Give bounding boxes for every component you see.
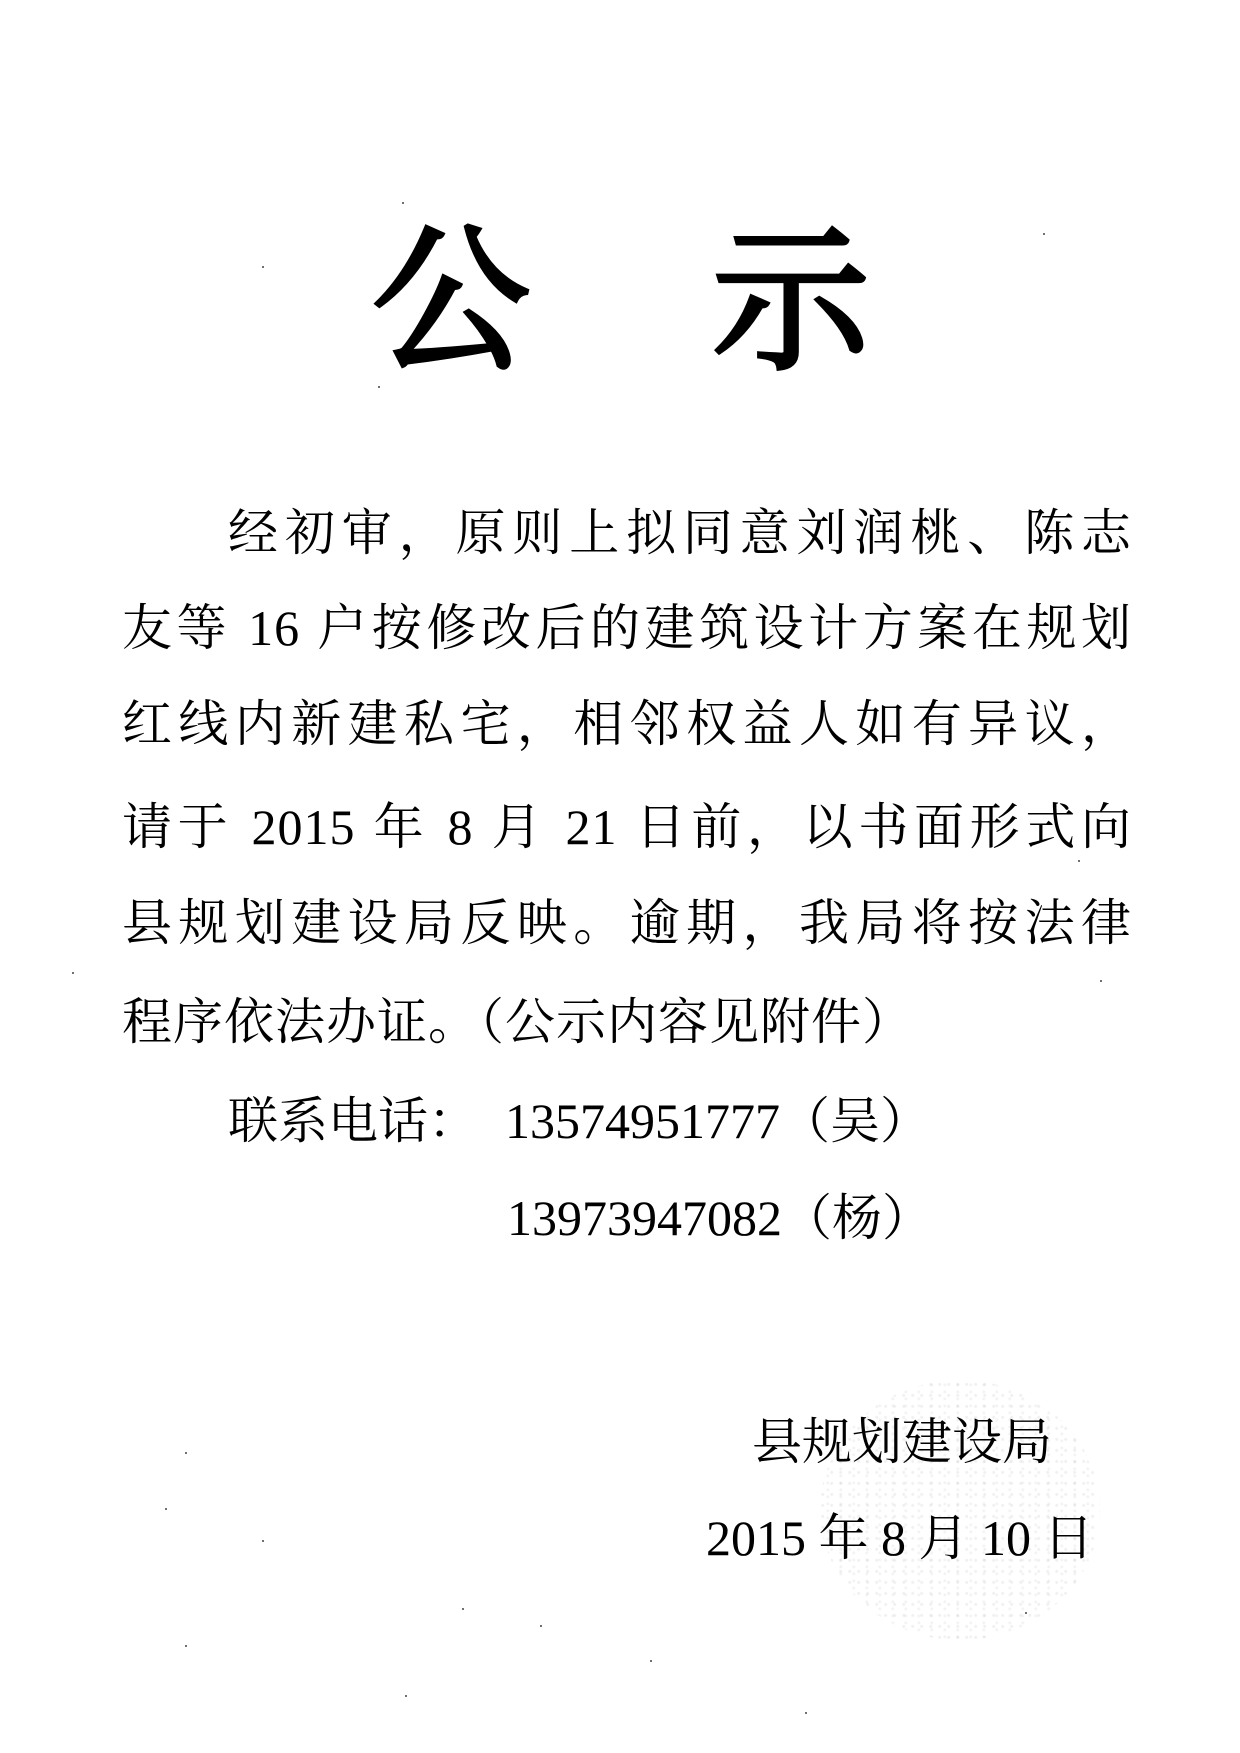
- scan-speck: [650, 1660, 652, 1662]
- body-line-3: 红线内新建私宅，相邻权益人如有异议，: [122, 694, 1132, 754]
- scan-speck: [1025, 1612, 1027, 1614]
- body-line-1: 经初审，原则上拟同意刘润桃、陈志: [228, 503, 1132, 563]
- scan-speck: [462, 1608, 464, 1610]
- scan-speck: [185, 1452, 187, 1454]
- scan-speck: [402, 202, 404, 204]
- scan-speck: [405, 1695, 407, 1697]
- signature-organization: 县规划建设局: [752, 1412, 1052, 1472]
- notice-title-char-2: 示: [712, 222, 870, 382]
- scan-speck: [540, 1625, 542, 1627]
- body-line-2: 友等 16 户按修改后的建筑设计方案在规划: [122, 598, 1132, 658]
- scan-speck: [1078, 860, 1080, 862]
- scan-speck: [378, 386, 380, 388]
- contact-phone-1: 13574951777: [505, 1093, 780, 1149]
- contact-name-2: （杨）: [782, 1190, 932, 1246]
- scan-speck: [262, 266, 264, 268]
- scan-speck: [1100, 980, 1102, 982]
- notice-title-char-1: 公: [372, 222, 530, 382]
- contact-row-1: 联系电话：13574951777（吴）: [228, 1091, 930, 1151]
- body-line-4: 请于 2015 年 8 月 21 日前，以书面形式向: [122, 797, 1132, 857]
- scan-speck: [72, 972, 74, 974]
- body-line-5: 县规划建设局反映。逾期，我局将按法律: [122, 893, 1132, 953]
- contact-row-2: 13973947082（杨）: [507, 1188, 932, 1248]
- signature-date: 2015 年 8 月 10 日: [706, 1508, 1094, 1568]
- scan-speck: [165, 1508, 167, 1510]
- contact-phone-2: 13973947082: [507, 1190, 782, 1246]
- scan-speck: [185, 1645, 187, 1647]
- contact-label: 联系电话：: [228, 1091, 505, 1151]
- body-line-6: 程序依法办证。（公示内容见附件）: [122, 992, 913, 1052]
- contact-name-1: （吴）: [780, 1093, 930, 1149]
- scan-speck: [805, 1712, 807, 1714]
- notice-page: 公 示 经初审，原则上拟同意刘润桃、陈志 友等 16 户按修改后的建筑设计方案在…: [0, 0, 1240, 1753]
- scan-speck: [262, 1540, 264, 1542]
- scan-speck: [1043, 233, 1045, 235]
